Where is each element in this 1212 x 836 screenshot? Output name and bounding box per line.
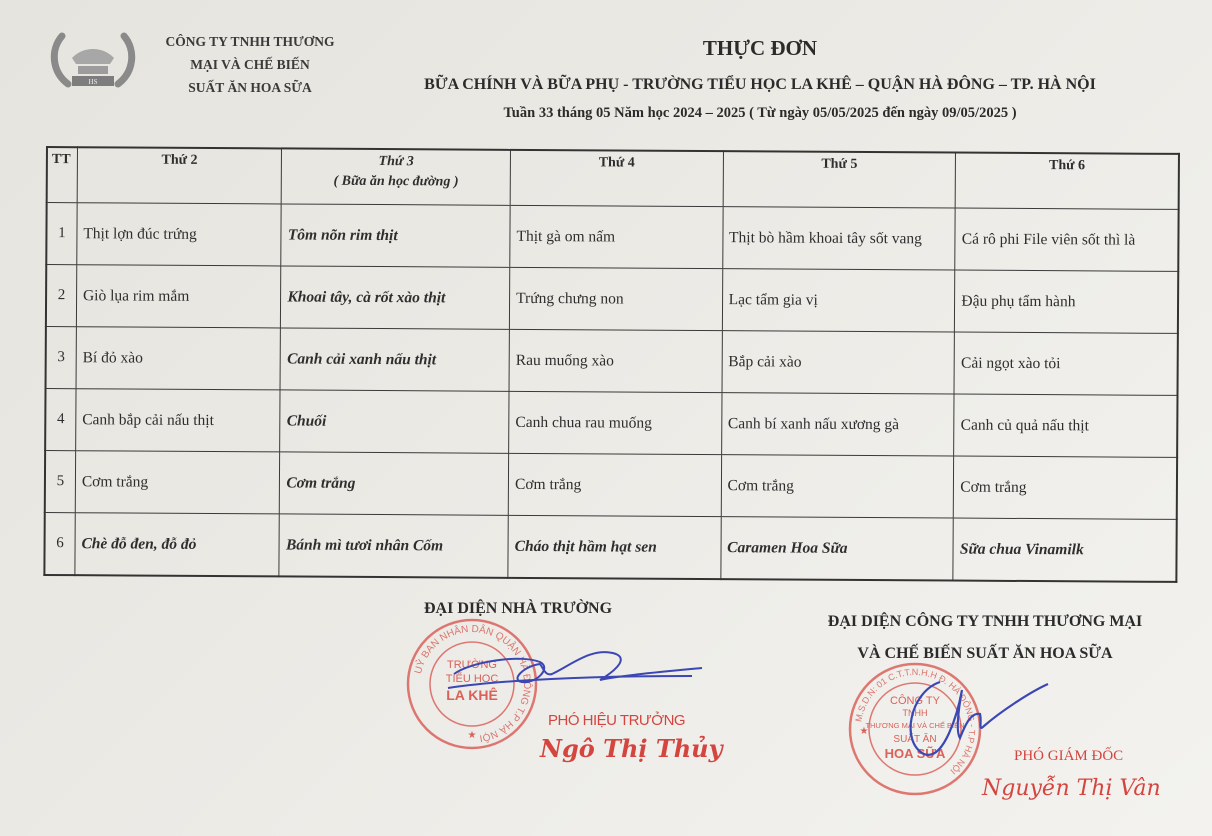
svg-text:★: ★ [468, 730, 477, 741]
header-thu4: Thứ 4 [510, 150, 723, 207]
table-row: 5Cơm trắngCơm trắngCơm trắngCơm trắngCơm… [45, 451, 1177, 520]
menu-cell-thu3: Chuối [280, 390, 509, 453]
company-rep-title-line-1: ĐẠI DIỆN CÔNG TY TNHH THƯƠNG MẠI [780, 606, 1190, 638]
table-header-row: TT Thứ 2 Thứ 3 ( Bữa ăn học đường ) Thứ … [47, 147, 1179, 209]
header-tt: TT [47, 147, 78, 203]
menu-cell-thu3: Khoai tây, cà rốt xào thịt [281, 266, 510, 329]
menu-cell-thu3: Bánh mì tươi nhân Cốm [279, 514, 508, 578]
row-number: 3 [46, 327, 77, 389]
row-number: 1 [46, 203, 77, 265]
menu-cell-thu3: Canh cải xanh nấu thịt [280, 328, 509, 391]
menu-cell-thu4: Thịt gà om nấm [510, 205, 723, 268]
menu-cell-thu6: Cá rô phi File viên sốt thì là [955, 208, 1179, 271]
menu-cell-thu4: Trứng chưng non [509, 267, 722, 330]
company-header: CÔNG TY TNHH THƯƠNG MẠI VÀ CHẾ BIẾN SUẤT… [150, 30, 350, 99]
company-representative-title: ĐẠI DIỆN CÔNG TY TNHH THƯƠNG MẠI VÀ CHẾ … [780, 606, 1190, 670]
company-logo-icon: HS [48, 28, 138, 94]
menu-cell-thu2: Canh bắp cải nấu thịt [76, 389, 281, 452]
menu-cell-thu3: Tôm nõn rim thịt [281, 204, 510, 267]
school-representative-title: ĐẠI DIỆN NHÀ TRƯỜNG [424, 600, 612, 618]
menu-cell-thu5: Bắp cải xào [722, 331, 955, 394]
document-title: THỰC ĐƠN [370, 36, 1150, 61]
menu-cell-thu5: Lạc tẩm gia vị [722, 269, 955, 332]
company-signer-name: Nguyễn Thị Vân [982, 776, 1161, 801]
row-number: 2 [46, 265, 77, 327]
company-name-line-1: CÔNG TY TNHH THƯƠNG [150, 30, 350, 53]
menu-cell-thu6: Cải ngọt xào tỏi [954, 332, 1178, 395]
menu-cell-thu4: Cháo thịt hầm hạt sen [508, 515, 721, 579]
table-row: 6Chè đỗ đen, đỗ đỏBánh mì tươi nhân CốmC… [44, 512, 1176, 581]
table-row: 4Canh bắp cải nấu thịtChuốiCanh chua rau… [45, 389, 1177, 458]
row-number: 6 [44, 512, 75, 575]
menu-cell-thu4: Canh chua rau muống [509, 391, 722, 454]
header-thu2: Thứ 2 [77, 147, 282, 204]
row-number: 4 [45, 389, 76, 451]
svg-text:HS: HS [89, 78, 98, 86]
header-thu3: Thứ 3 ( Bữa ăn học đường ) [282, 148, 511, 205]
menu-cell-thu2: Chè đỗ đen, đỗ đỏ [75, 513, 280, 577]
menu-cell-thu6: Đậu phụ tẩm hành [955, 270, 1179, 333]
company-name-line-3: SUẤT ĂN HOA SỮA [150, 76, 350, 99]
menu-cell-thu5: Cơm trắng [721, 455, 954, 518]
document-subtitle: BỮA CHÍNH VÀ BỮA PHỤ - TRƯỜNG TIỂU HỌC L… [340, 76, 1180, 94]
menu-cell-thu6: Canh củ quả nấu thịt [954, 394, 1178, 457]
school-signer-role: PHÓ HIỆU TRƯỞNG [548, 712, 685, 729]
school-signer-name: Ngô Thị Thủy [540, 734, 723, 763]
header-thu3-label: Thứ 3 [378, 154, 413, 169]
company-signer-role: PHÓ GIÁM ĐỐC [1014, 748, 1123, 765]
menu-cell-thu2: Thịt lợn đúc trứng [77, 203, 282, 266]
row-number: 5 [45, 451, 76, 513]
menu-cell-thu2: Bí đỏ xào [76, 327, 281, 390]
menu-cell-thu2: Giò lụa rim mắm [76, 265, 281, 328]
menu-cell-thu3: Cơm trắng [280, 452, 509, 515]
company-name-line-2: MẠI VÀ CHẾ BIẾN [150, 53, 350, 76]
menu-cell-thu2: Cơm trắng [75, 451, 280, 514]
menu-cell-thu6: Cơm trắng [954, 456, 1178, 519]
table-row: 3Bí đỏ xàoCanh cải xanh nấu thịtRau muốn… [46, 327, 1178, 396]
school-signature-icon [440, 640, 710, 720]
svg-text:★: ★ [860, 726, 869, 737]
week-date-range: Tuần 33 tháng 05 Năm học 2024 – 2025 ( T… [370, 105, 1150, 122]
weekly-menu-table: TT Thứ 2 Thứ 3 ( Bữa ăn học đường ) Thứ … [43, 146, 1180, 583]
table-row: 2Giò lụa rim mắmKhoai tây, cà rốt xào th… [46, 265, 1178, 334]
menu-cell-thu5: Caramen Hoa Sữa [720, 517, 953, 581]
header-thu3-sub: ( Bữa ăn học đường ) [288, 173, 504, 190]
menu-cell-thu5: Thịt bò hầm khoai tây sốt vang [722, 207, 955, 270]
header-thu5: Thứ 5 [723, 151, 956, 208]
menu-cell-thu5: Canh bí xanh nấu xương gà [721, 393, 954, 456]
menu-cell-thu6: Sữa chua Vinamilk [953, 518, 1177, 582]
menu-cell-thu4: Rau muống xào [509, 329, 722, 392]
header-thu6: Thứ 6 [955, 153, 1179, 210]
table-row: 1Thịt lợn đúc trứngTôm nõn rim thịtThịt … [46, 203, 1178, 272]
company-rep-title-line-2: VÀ CHẾ BIẾN SUẤT ĂN HOA SỮA [780, 638, 1190, 670]
menu-cell-thu4: Cơm trắng [508, 453, 721, 516]
